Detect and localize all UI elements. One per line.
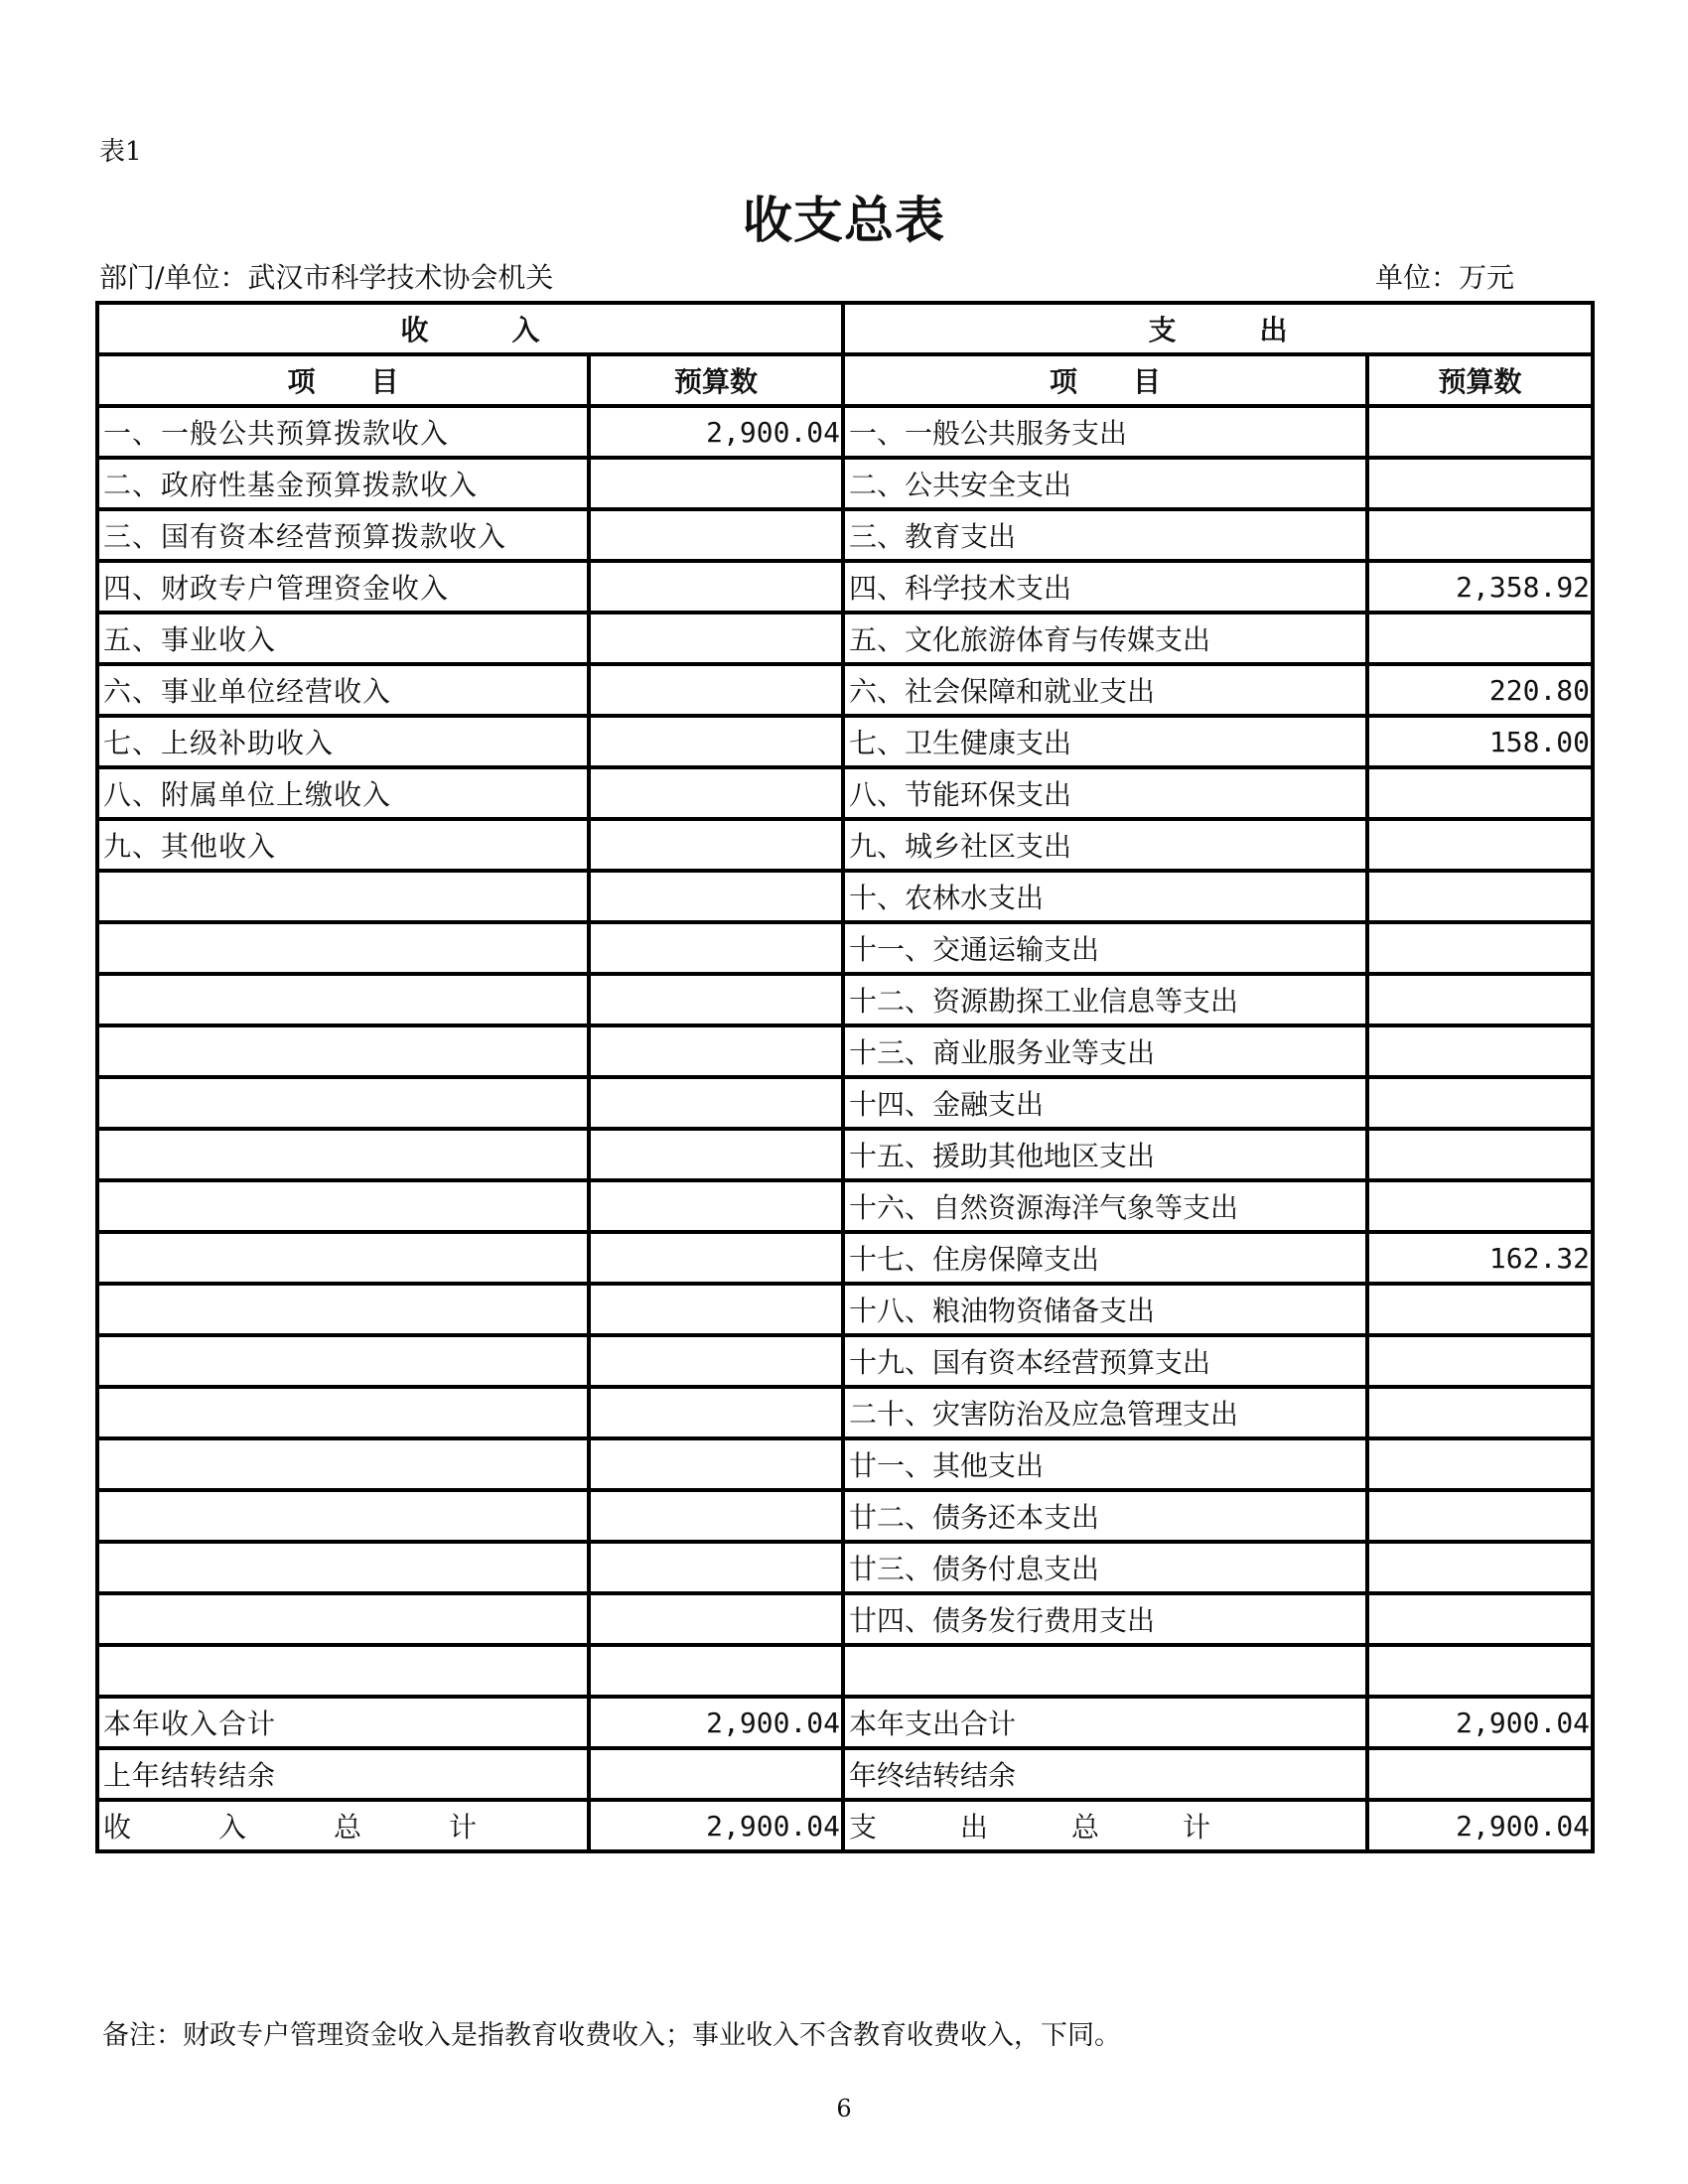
table-row: 上年结转结余年终结转结余 — [97, 1748, 1593, 1800]
income-budget-cell — [589, 1593, 843, 1645]
income-item-cell: 本年收入合计 — [97, 1697, 589, 1748]
income-budget-cell — [589, 922, 843, 974]
income-item-cell — [97, 1490, 589, 1542]
table-row: 十七、住房保障支出162.32 — [97, 1232, 1593, 1284]
expenditure-item-cell: 十二、资源勘探工业信息等支出 — [843, 974, 1367, 1025]
table-row: 廿一、其他支出 — [97, 1438, 1593, 1490]
expenditure-item-cell: 三、教育支出 — [843, 509, 1367, 561]
table-row: 五、事业收入五、文化旅游体育与传媒支出 — [97, 613, 1593, 664]
income-budget-cell — [589, 1645, 843, 1697]
expenditure-item-cell: 廿四、债务发行费用支出 — [843, 1593, 1367, 1645]
income-item-cell — [97, 1387, 589, 1438]
table-row: 十八、粮油物资储备支出 — [97, 1284, 1593, 1335]
table-row: 廿三、债务付息支出 — [97, 1542, 1593, 1593]
income-budget-cell — [589, 974, 843, 1025]
expenditure-budget-cell — [1367, 767, 1593, 819]
income-item-cell — [97, 1129, 589, 1180]
table-row: 本年收入合计2,900.04本年支出合计2,900.04 — [97, 1697, 1593, 1748]
income-item-cell — [97, 1335, 589, 1387]
income-item-header: 项 目 — [97, 354, 589, 406]
income-item-cell: 六、事业单位经营收入 — [97, 664, 589, 716]
expenditure-budget-cell — [1367, 922, 1593, 974]
table-row: 廿四、债务发行费用支出 — [97, 1593, 1593, 1645]
income-budget-cell — [589, 613, 843, 664]
expenditure-budget-cell — [1367, 1025, 1593, 1077]
expenditure-budget-cell — [1367, 406, 1593, 458]
table-row: 十二、资源勘探工业信息等支出 — [97, 974, 1593, 1025]
table-row: 十五、援助其他地区支出 — [97, 1129, 1593, 1180]
income-budget-cell — [589, 1490, 843, 1542]
expenditure-item-cell — [843, 1645, 1367, 1697]
income-budget-cell — [589, 509, 843, 561]
income-item-cell — [97, 1232, 589, 1284]
table-row: 收 入 总 计2,900.04支 出 总 计2,900.04 — [97, 1800, 1593, 1851]
expenditure-budget-cell — [1367, 819, 1593, 871]
income-budget-cell — [589, 561, 843, 613]
income-item-cell: 五、事业收入 — [97, 613, 589, 664]
table-row: 七、上级补助收入七、卫生健康支出158.00 — [97, 716, 1593, 767]
income-item-cell — [97, 1438, 589, 1490]
expenditure-item-cell: 七、卫生健康支出 — [843, 716, 1367, 767]
income-item-cell — [97, 1645, 589, 1697]
expenditure-budget-cell: 158.00 — [1367, 716, 1593, 767]
footnote: 备注：财政专户管理资金收入是指教育收费收入；事业收入不含教育收费收入，下同。 — [102, 2013, 1121, 2052]
income-budget-cell — [589, 1748, 843, 1800]
expenditure-budget-cell — [1367, 509, 1593, 561]
table-row: 二十、灾害防治及应急管理支出 — [97, 1387, 1593, 1438]
income-budget-cell — [589, 1129, 843, 1180]
expenditure-budget-cell: 2,900.04 — [1367, 1697, 1593, 1748]
expenditure-item-cell: 廿一、其他支出 — [843, 1438, 1367, 1490]
expenditure-budget-cell — [1367, 1284, 1593, 1335]
income-budget-cell: 2,900.04 — [589, 406, 843, 458]
expenditure-item-cell: 廿二、债务还本支出 — [843, 1490, 1367, 1542]
income-budget-cell — [589, 716, 843, 767]
income-budget-cell — [589, 1438, 843, 1490]
expenditure-section-header: 支 出 — [843, 303, 1593, 354]
income-item-cell: 四、财政专户管理资金收入 — [97, 561, 589, 613]
income-item-cell: 九、其他收入 — [97, 819, 589, 871]
income-budget-cell — [589, 1387, 843, 1438]
income-budget-cell — [589, 1077, 843, 1129]
expenditure-budget-header: 预算数 — [1367, 354, 1593, 406]
page-title: 收支总表 — [0, 181, 1688, 252]
expenditure-item-cell: 九、城乡社区支出 — [843, 819, 1367, 871]
expenditure-item-cell: 十三、商业服务业等支出 — [843, 1025, 1367, 1077]
expenditure-budget-cell — [1367, 1129, 1593, 1180]
income-section-header: 收 入 — [97, 303, 843, 354]
income-item-cell: 收 入 总 计 — [97, 1800, 589, 1851]
section-header-row: 收 入 支 出 — [97, 303, 1593, 354]
table-row: 十四、金融支出 — [97, 1077, 1593, 1129]
expenditure-item-cell: 十、农林水支出 — [843, 871, 1367, 922]
table-row: 十、农林水支出 — [97, 871, 1593, 922]
income-budget-cell — [589, 1284, 843, 1335]
income-item-cell — [97, 1180, 589, 1232]
expenditure-item-cell: 八、节能环保支出 — [843, 767, 1367, 819]
column-header-row: 项 目 预算数 项 目 预算数 — [97, 354, 1593, 406]
expenditure-budget-cell — [1367, 458, 1593, 509]
income-budget-cell: 2,900.04 — [589, 1697, 843, 1748]
income-budget-cell — [589, 1180, 843, 1232]
expenditure-item-cell: 十六、自然资源海洋气象等支出 — [843, 1180, 1367, 1232]
table-body: 一、一般公共预算拨款收入2,900.04一、一般公共服务支出二、政府性基金预算拨… — [97, 406, 1593, 1851]
expenditure-item-cell: 十一、交通运输支出 — [843, 922, 1367, 974]
income-budget-cell — [589, 819, 843, 871]
income-budget-cell: 2,900.04 — [589, 1800, 843, 1851]
income-item-cell — [97, 974, 589, 1025]
expenditure-budget-cell — [1367, 1180, 1593, 1232]
department-label: 部门/单位：武汉市科学技术协会机关 — [99, 256, 553, 296]
expenditure-item-cell: 年终结转结余 — [843, 1748, 1367, 1800]
budget-summary-table: 收 入 支 出 项 目 预算数 项 目 预算数 一、一般公共预算拨款收入2,90… — [95, 301, 1595, 1853]
expenditure-item-cell: 二十、灾害防治及应急管理支出 — [843, 1387, 1367, 1438]
expenditure-budget-cell — [1367, 974, 1593, 1025]
page-number: 6 — [0, 2095, 1688, 2122]
income-budget-cell — [589, 664, 843, 716]
table-row: 三、国有资本经营预算拨款收入三、教育支出 — [97, 509, 1593, 561]
table-row: 二、政府性基金预算拨款收入二、公共安全支出 — [97, 458, 1593, 509]
income-budget-cell — [589, 871, 843, 922]
table-row: 十九、国有资本经营预算支出 — [97, 1335, 1593, 1387]
expenditure-budget-cell — [1367, 1748, 1593, 1800]
table-row: 十三、商业服务业等支出 — [97, 1025, 1593, 1077]
income-item-cell: 七、上级补助收入 — [97, 716, 589, 767]
income-budget-cell — [589, 1542, 843, 1593]
income-item-cell — [97, 1593, 589, 1645]
expenditure-item-cell: 十四、金融支出 — [843, 1077, 1367, 1129]
unit-label: 单位：万元 — [1375, 256, 1514, 296]
expenditure-budget-cell: 220.80 — [1367, 664, 1593, 716]
expenditure-budget-cell: 2,900.04 — [1367, 1800, 1593, 1851]
table-row: 一、一般公共预算拨款收入2,900.04一、一般公共服务支出 — [97, 406, 1593, 458]
table-row: 四、财政专户管理资金收入四、科学技术支出2,358.92 — [97, 561, 1593, 613]
income-item-cell — [97, 1077, 589, 1129]
table-row: 九、其他收入九、城乡社区支出 — [97, 819, 1593, 871]
income-budget-cell — [589, 1025, 843, 1077]
income-item-cell — [97, 1025, 589, 1077]
expenditure-item-cell: 二、公共安全支出 — [843, 458, 1367, 509]
income-budget-cell — [589, 1335, 843, 1387]
expenditure-item-cell: 本年支出合计 — [843, 1697, 1367, 1748]
expenditure-item-cell: 支 出 总 计 — [843, 1800, 1367, 1851]
expenditure-item-cell: 五、文化旅游体育与传媒支出 — [843, 613, 1367, 664]
expenditure-item-cell: 十七、住房保障支出 — [843, 1232, 1367, 1284]
expenditure-budget-cell — [1367, 1490, 1593, 1542]
income-item-cell: 八、附属单位上缴收入 — [97, 767, 589, 819]
income-budget-cell — [589, 1232, 843, 1284]
expenditure-item-cell: 四、科学技术支出 — [843, 561, 1367, 613]
expenditure-item-cell: 十五、援助其他地区支出 — [843, 1129, 1367, 1180]
expenditure-budget-cell — [1367, 871, 1593, 922]
expenditure-item-cell: 十九、国有资本经营预算支出 — [843, 1335, 1367, 1387]
expenditure-item-cell: 一、一般公共服务支出 — [843, 406, 1367, 458]
expenditure-budget-cell — [1367, 613, 1593, 664]
expenditure-item-cell: 十八、粮油物资储备支出 — [843, 1284, 1367, 1335]
table-row: 十六、自然资源海洋气象等支出 — [97, 1180, 1593, 1232]
expenditure-budget-cell — [1367, 1077, 1593, 1129]
income-item-cell — [97, 922, 589, 974]
table-row: 六、事业单位经营收入六、社会保障和就业支出220.80 — [97, 664, 1593, 716]
expenditure-budget-cell — [1367, 1438, 1593, 1490]
expenditure-budget-cell: 162.32 — [1367, 1232, 1593, 1284]
income-item-cell: 一、一般公共预算拨款收入 — [97, 406, 589, 458]
expenditure-budget-cell — [1367, 1542, 1593, 1593]
expenditure-item-header: 项 目 — [843, 354, 1367, 406]
income-item-cell: 二、政府性基金预算拨款收入 — [97, 458, 589, 509]
expenditure-budget-cell: 2,358.92 — [1367, 561, 1593, 613]
income-budget-header: 预算数 — [589, 354, 843, 406]
income-item-cell — [97, 1542, 589, 1593]
income-item-cell — [97, 1284, 589, 1335]
expenditure-budget-cell — [1367, 1645, 1593, 1697]
income-budget-cell — [589, 458, 843, 509]
expenditure-budget-cell — [1367, 1335, 1593, 1387]
table-row — [97, 1645, 1593, 1697]
income-item-cell — [97, 871, 589, 922]
table-row: 廿二、债务还本支出 — [97, 1490, 1593, 1542]
expenditure-budget-cell — [1367, 1593, 1593, 1645]
income-item-cell: 上年结转结余 — [97, 1748, 589, 1800]
table-row: 八、附属单位上缴收入八、节能环保支出 — [97, 767, 1593, 819]
table-number: 表1 — [99, 131, 142, 168]
income-budget-cell — [589, 767, 843, 819]
expenditure-budget-cell — [1367, 1387, 1593, 1438]
table-row: 十一、交通运输支出 — [97, 922, 1593, 974]
income-item-cell: 三、国有资本经营预算拨款收入 — [97, 509, 589, 561]
expenditure-item-cell: 六、社会保障和就业支出 — [843, 664, 1367, 716]
expenditure-item-cell: 廿三、债务付息支出 — [843, 1542, 1367, 1593]
